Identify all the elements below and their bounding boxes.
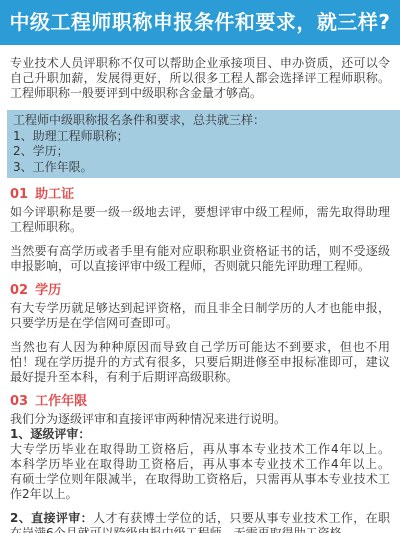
section-heading-2: 02学历 (10, 283, 390, 298)
section-1-paragraph-1: 如今评职称是要一级一级地去评，要想评审中级工程师，需先取得助理工程师职称。 (10, 205, 390, 235)
stepwise-line-master: 有硕士学位则年限减半，在取得助工资格后，只需再从事本专业技术工作2年以上。 (10, 472, 390, 502)
section-heading-1: 01助工证 (10, 187, 390, 202)
summary-box: 工程师中级职称报名条件和要求，总共就三样： 1、助理工程师职称； 2、学历； 3… (7, 110, 400, 178)
section-1-paragraph-2: 当然要有高学历或者手里有能对应职称职业资格证书的话，则不受逐级申报影响，可以直接… (10, 244, 390, 274)
summary-item-1: 1、助理工程师职称； (13, 129, 392, 145)
section-2-paragraph-1: 有大专学历就足够达到起评资格，而且非全日制学历的人才也能申报，只要学历是在学信网… (10, 301, 390, 331)
section-3-intro: 我们分为逐级评审和直接评审两种情况来进行说明。 (10, 412, 390, 427)
section-number-2: 02 (10, 283, 28, 298)
summary-item-3: 3、工作年限。 (13, 160, 392, 176)
section-number-3: 03 (10, 394, 28, 409)
section-work-years: 03工作年限 我们分为逐级评审和直接评审两种情况来进行说明。 1、逐级评审： 大… (10, 394, 390, 533)
page-title: 中级工程师职称申报条件和要求，就三样? (9, 15, 390, 30)
intro-paragraph: 专业技术人员评职称不仅可以帮助企业承接项目、申办资质，还可以令自己升职加薪，发展… (10, 56, 390, 101)
stepwise-review-block: 1、逐级评审： 大专学历毕业在取得助工资格后，再从事本专业技术工作4年以上。 本… (10, 427, 390, 502)
section-heading-3: 03工作年限 (10, 394, 390, 409)
section-number-1: 01 (10, 187, 28, 202)
title-banner: 中级工程师职称申报条件和要求，就三样? (0, 0, 400, 45)
summary-heading: 工程师中级职称报名条件和要求，总共就三样： (13, 113, 392, 129)
section-2-paragraph-2: 当然也有人因为种种原因而导致自己学历可能达不到要求，但也不用怕！现在学历提升的方… (10, 340, 390, 385)
summary-item-2: 2、学历； (13, 144, 392, 160)
section-title-1: 助工证 (35, 187, 74, 202)
article-content: 专业技术人员评职称不仅可以帮助企业承接项目、申办资质，还可以令自己升职加薪，发展… (0, 45, 400, 533)
stepwise-review-label: 1、逐级评审： (10, 427, 390, 442)
stepwise-line-bachelor: 本科学历毕业在取得助工资格后，再从事本专业技术工作4年以上。 (10, 457, 390, 472)
article-page: 中级工程师职称申报条件和要求，就三样? 专业技术人员评职称不仅可以帮助企业承接项… (0, 0, 400, 533)
direct-review-label: 2、直接评审： (10, 511, 93, 525)
section-title-3: 工作年限 (35, 394, 87, 409)
section-title-2: 学历 (35, 283, 61, 298)
section-education: 02学历 有大专学历就足够达到起评资格，而且非全日制学历的人才也能申报，只要学历… (10, 283, 390, 385)
stepwise-line-college: 大专学历毕业在取得助工资格后，再从事本专业技术工作4年以上。 (10, 442, 390, 457)
section-assistant-cert: 01助工证 如今评职称是要一级一级地去评，要想评审中级工程师，需先取得助理工程师… (10, 187, 390, 274)
direct-review-block: 2、直接评审：人才有获博士学位的话，只要从事专业技术工作，在职在岗满6个月就可以… (10, 511, 390, 533)
